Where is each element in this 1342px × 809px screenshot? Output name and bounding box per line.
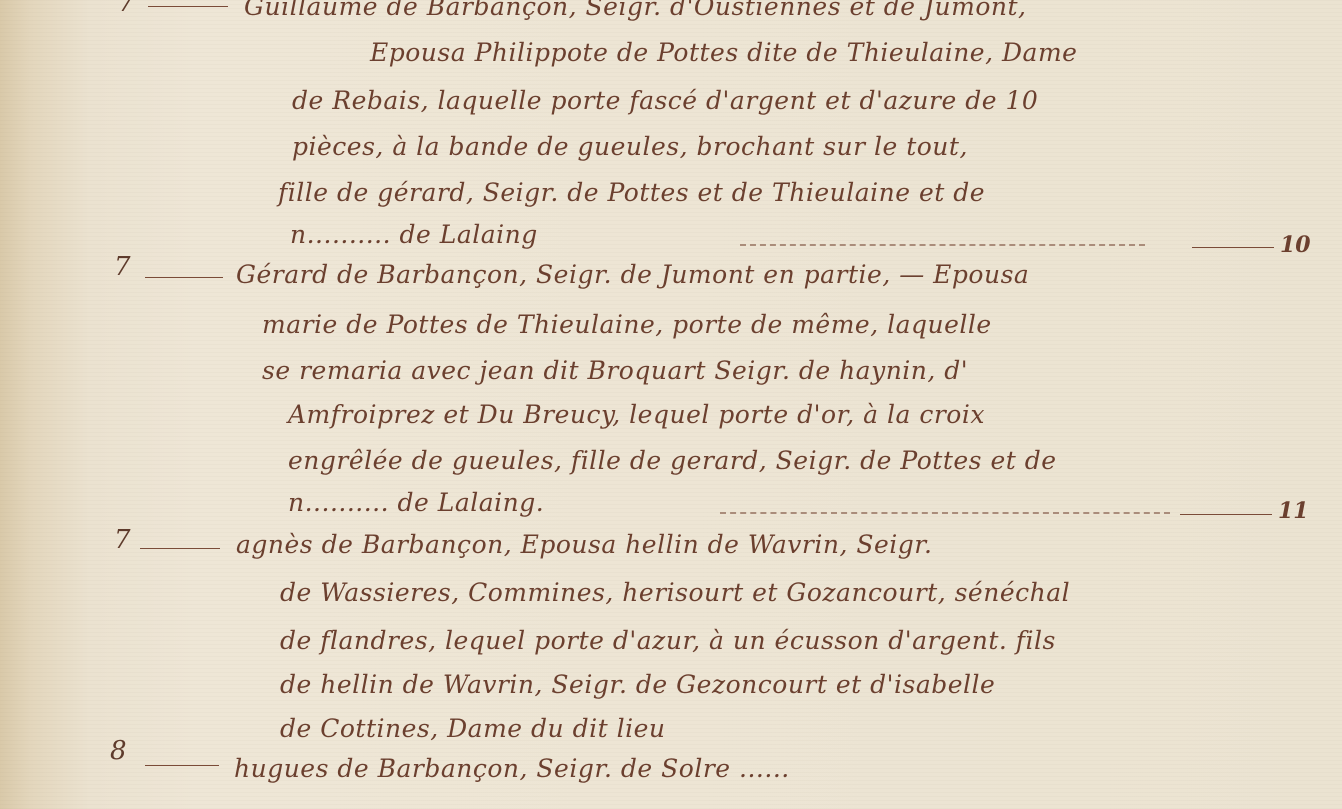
entry-line: hugues de Barbançon, Seigr. de Solre ...…	[234, 756, 790, 781]
generation-number: 8	[110, 736, 127, 766]
entry-line: marie de Pottes de Thieulaine, porte de …	[262, 312, 992, 337]
entry-line: se remaria avec jean dit Broquart Seigr.…	[262, 358, 968, 383]
page-reference: 10	[1280, 232, 1311, 258]
generation-number: 7	[118, 0, 135, 18]
entry-line: Gérard de Barbançon, Seigr. de Jumont en…	[236, 262, 1029, 287]
entry-dash	[148, 6, 228, 7]
entry-dash	[140, 548, 220, 549]
entry-line: de Cottines, Dame du dit lieu	[280, 716, 665, 741]
entry-line: de Wassieres, Commines, herisourt et Goz…	[280, 580, 1070, 605]
entry-line: engrêlée de gueules, fille de gerard, Se…	[288, 448, 1057, 473]
entry-line: pièces, à la bande de gueules, brochant …	[292, 134, 968, 159]
page-ref-dash	[1192, 247, 1274, 248]
entry-line: Guillaume de Barbançon, Seigr. d'Oustien…	[244, 0, 1026, 19]
entry-line: de hellin de Wavrin, Seigr. de Gezoncour…	[280, 672, 995, 697]
page-reference: 11	[1278, 498, 1309, 524]
entry-line: agnès de Barbançon, Epousa hellin de Wav…	[236, 532, 932, 557]
entry-dash	[145, 277, 223, 278]
entry-line: Epousa Philippote de Pottes dite de Thie…	[370, 40, 1077, 65]
entry-line: n.......... de Lalaing.	[288, 490, 544, 515]
entry-line: Amfroiprez et Du Breucy, lequel porte d'…	[288, 402, 985, 427]
manuscript-page: 7 Guillaume de Barbançon, Seigr. d'Ousti…	[0, 0, 1342, 809]
entry-dash	[145, 765, 219, 766]
generation-number: 7	[114, 525, 131, 555]
entry-line: de Rebais, laquelle porte fascé d'argent…	[292, 88, 1038, 113]
entry-line: de flandres, lequel porte d'azur, à un é…	[280, 628, 1056, 653]
entry-line: n.......... de Lalaing	[290, 222, 538, 247]
generation-number: 7	[114, 252, 131, 282]
leader-dots	[720, 512, 1170, 514]
entry-line: fille de gérard, Seigr. de Pottes et de …	[278, 180, 985, 205]
page-ref-dash	[1180, 514, 1272, 515]
leader-dots	[740, 244, 1145, 246]
